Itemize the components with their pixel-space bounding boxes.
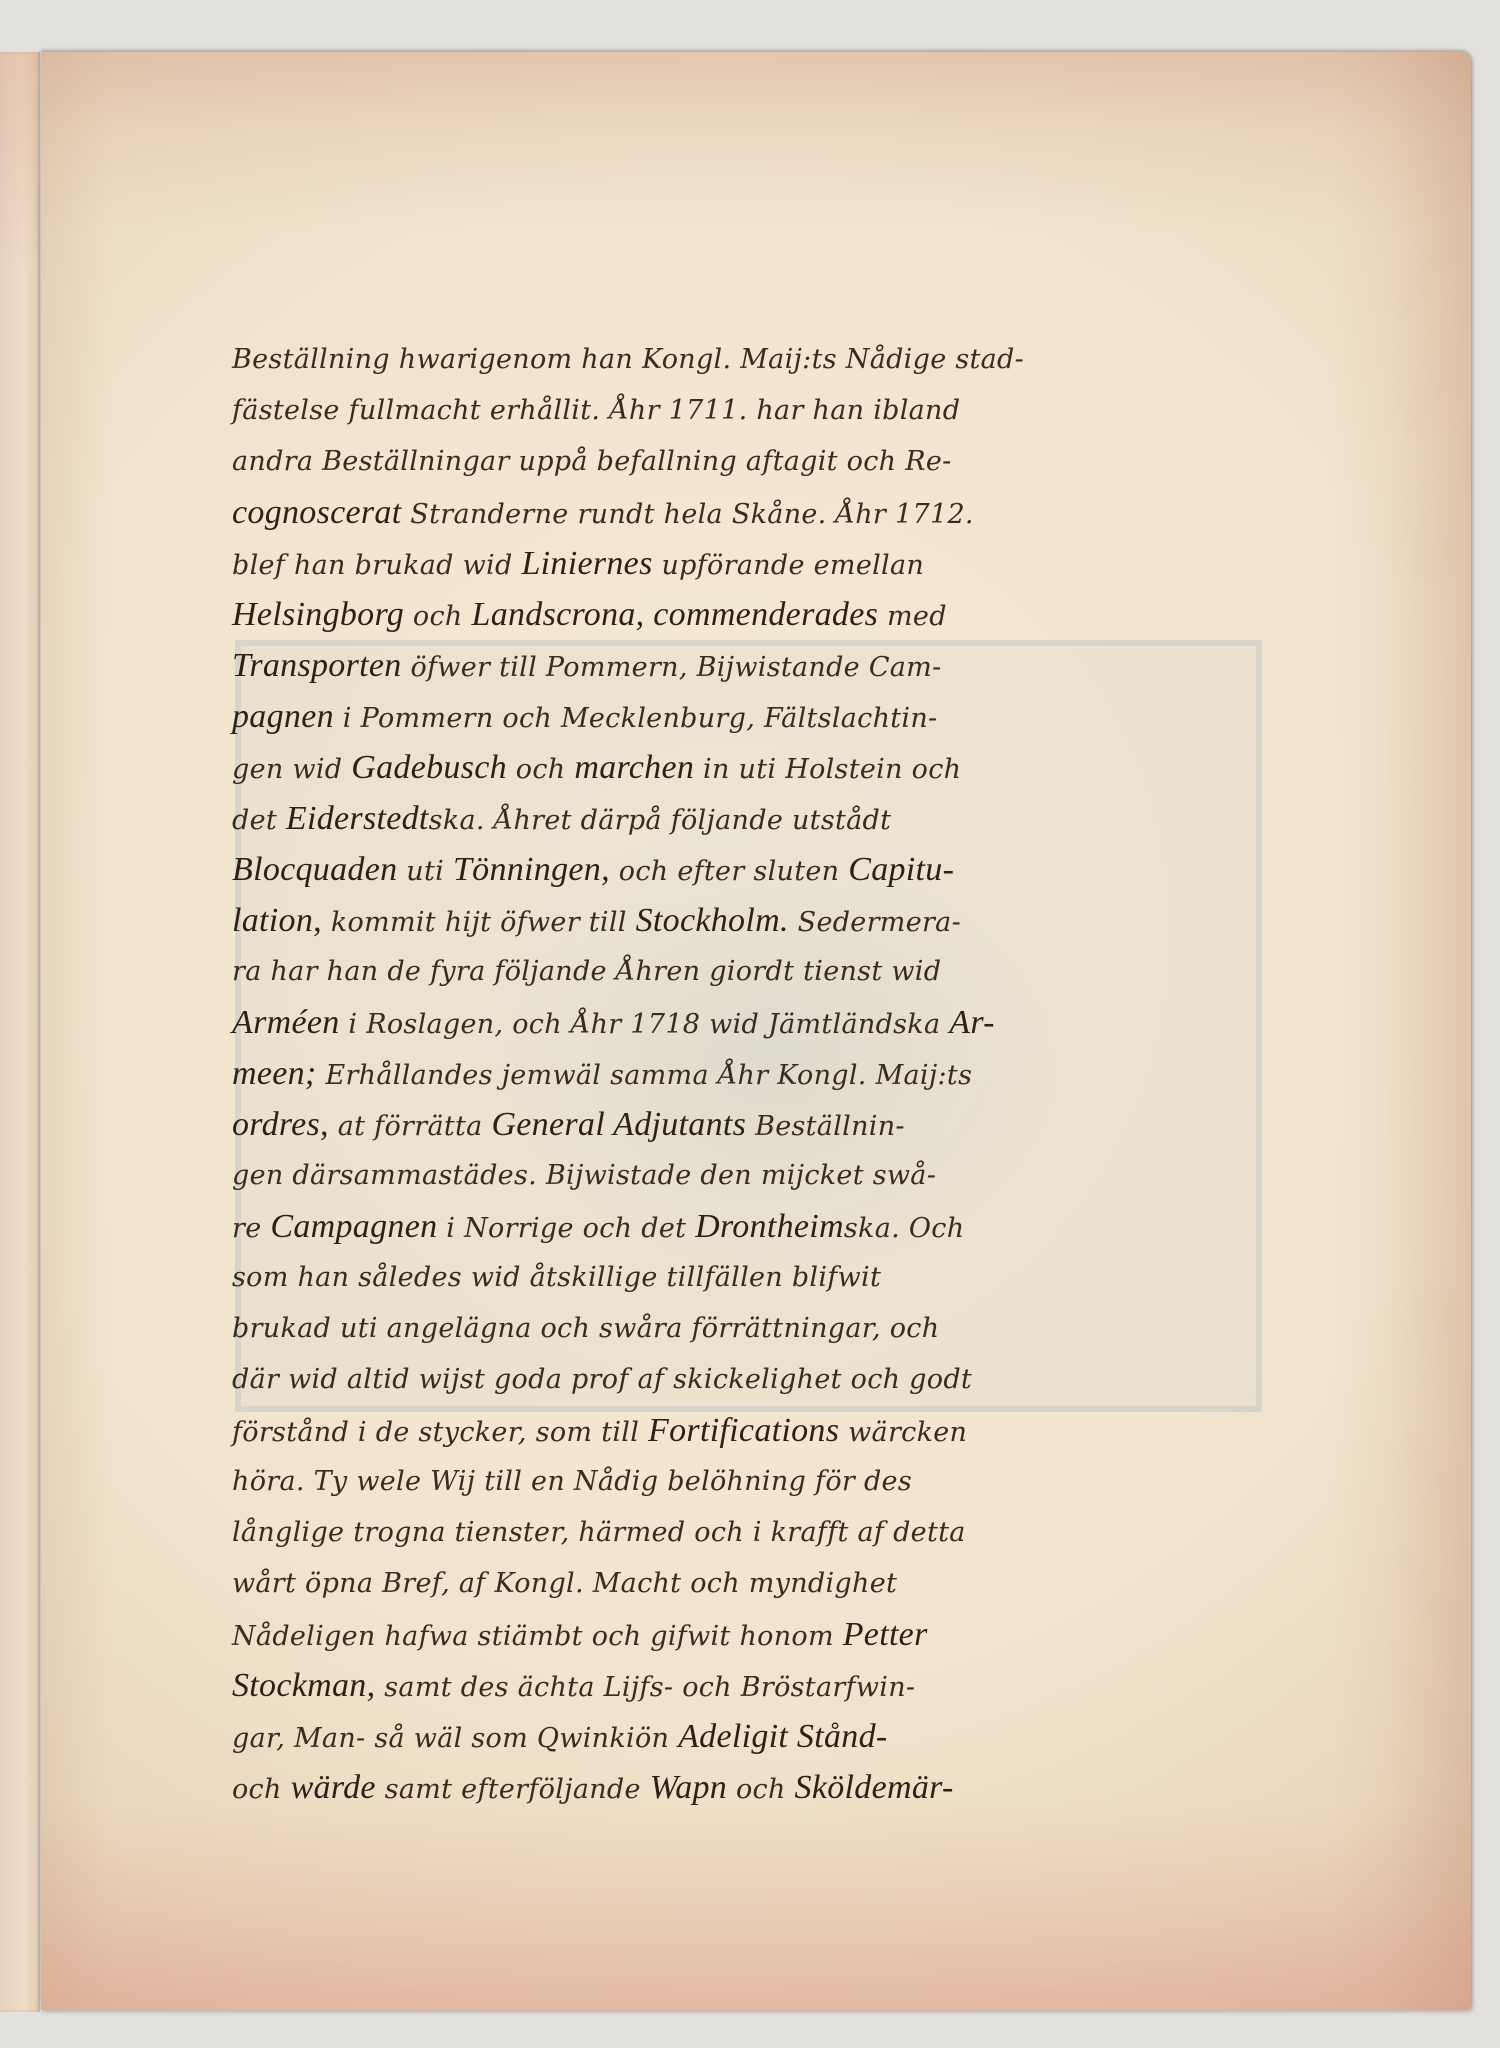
scan-background: Beställning hwarigenom han Kongl. Maij:t… xyxy=(0,0,1500,2048)
line-text: höra. Ty wele Wij till en Nådig belöhnin… xyxy=(232,1466,912,1497)
emphasized-word: General Adjutants xyxy=(491,1106,746,1143)
emphasized-word: Sköldemär- xyxy=(795,1769,954,1806)
emphasized-word: Drontheim xyxy=(695,1208,844,1245)
line-text: samt efterföljande xyxy=(376,1774,650,1805)
emphasized-word: Gadebusch xyxy=(351,749,507,786)
line-text: re xyxy=(232,1213,270,1244)
manuscript-line: brukad uti angelägna och swåra förrättni… xyxy=(232,1303,1262,1354)
manuscript-line: det Eiderstedtska. Åhret därpå följande … xyxy=(232,793,1262,844)
line-text: Sedermera- xyxy=(789,907,961,938)
line-text: fästelse fullmacht erhållit. Åhr 1711. h… xyxy=(232,395,960,426)
line-text: kommit hijt öfwer till xyxy=(322,907,636,938)
line-text: brukad uti angelägna och swåra förrättni… xyxy=(232,1313,939,1344)
line-text: i Norrige och det xyxy=(437,1213,695,1244)
emphasized-word: pagnen xyxy=(232,698,334,735)
manuscript-line: Transporten öfwer till Pommern, Bijwista… xyxy=(232,640,1262,691)
emphasized-word: Wapn xyxy=(650,1769,727,1806)
line-text: som han således wid åtskillige tillfälle… xyxy=(232,1262,881,1293)
emphasized-word: Transporten xyxy=(232,647,402,684)
line-text: det xyxy=(232,805,286,836)
manuscript-line: gar, Man- så wäl som Qwinkiön Adeligit S… xyxy=(232,1711,1262,1762)
manuscript-page: Beställning hwarigenom han Kongl. Maij:t… xyxy=(41,52,1471,2010)
manuscript-line: lation, kommit hijt öfwer till Stockholm… xyxy=(232,895,1262,946)
manuscript-line: långlige trogna tienster, härmed och i k… xyxy=(232,1507,1262,1558)
manuscript-line: gen därsammastädes. Bijwistade den mijck… xyxy=(232,1150,1262,1201)
emphasized-word: Adeligit Stånd- xyxy=(678,1718,887,1755)
manuscript-line: Beställning hwarigenom han Kongl. Maij:t… xyxy=(232,334,1262,385)
line-text: in uti Holstein och xyxy=(694,754,961,785)
manuscript-line: Stockman, samt des ächta Lijfs- och Brös… xyxy=(232,1660,1262,1711)
emphasized-word: Blocquaden xyxy=(232,851,397,888)
emphasized-word: Tönningen, xyxy=(453,851,610,888)
handwritten-text-block: Beställning hwarigenom han Kongl. Maij:t… xyxy=(232,334,1262,1813)
emphasized-word: Campagnen xyxy=(270,1208,437,1245)
line-text: Nådeligen hafwa stiämbt och gifwit honom xyxy=(232,1621,843,1652)
emphasized-word: Liniernes xyxy=(521,545,652,582)
emphasized-word: lation, xyxy=(232,902,322,939)
line-text: förstånd i de stycker, som till xyxy=(232,1417,648,1448)
line-text: Beställnin- xyxy=(746,1111,905,1142)
line-text: i Roslagen, och Åhr 1718 wid Jämtländska xyxy=(340,1009,950,1040)
line-text: uti xyxy=(397,856,453,887)
line-text: Beställning hwarigenom han Kongl. Maij:t… xyxy=(232,344,1024,375)
top-foxing-stain xyxy=(41,52,1471,232)
emphasized-word: Stockman, xyxy=(232,1667,375,1704)
manuscript-line: Arméen i Roslagen, och Åhr 1718 wid Jämt… xyxy=(232,997,1262,1048)
line-text: gar, Man- så wäl som Qwinkiön xyxy=(232,1723,678,1754)
line-text: öfwer till Pommern, Bijwistande Cam- xyxy=(402,652,942,683)
line-text: och efter sluten xyxy=(610,856,848,887)
manuscript-line: fästelse fullmacht erhållit. Åhr 1711. h… xyxy=(232,385,1262,436)
line-text: Erhållandes jemwäl samma Åhr Kongl. Maij… xyxy=(317,1060,973,1091)
line-text: ra har han de fyra följande Åhren giordt… xyxy=(232,956,941,987)
manuscript-line: ra har han de fyra följande Åhren giordt… xyxy=(232,946,1262,997)
line-text: samt des ächta Lijfs- och Bröstarfwin- xyxy=(375,1672,915,1703)
line-text: där wid altid wijst goda prof af skickel… xyxy=(232,1364,972,1395)
emphasized-word: ordres, xyxy=(232,1106,329,1143)
emphasized-word: cognoscerat xyxy=(232,494,410,531)
line-text: gen därsammastädes. Bijwistade den mijck… xyxy=(232,1160,936,1191)
emphasized-word: Arméen xyxy=(232,1004,340,1041)
bottom-foxing-stain xyxy=(41,1800,1471,2010)
line-text: och xyxy=(232,1774,291,1805)
facing-page-edge xyxy=(0,52,40,2012)
line-text: och xyxy=(404,601,471,632)
emphasized-word: Fortifications xyxy=(648,1412,839,1449)
emphasized-word: wärde xyxy=(291,1769,376,1806)
emphasized-word: meen; xyxy=(232,1055,317,1092)
line-text: med xyxy=(878,601,947,632)
line-text: at förrätta xyxy=(329,1111,492,1142)
emphasized-word: Petter xyxy=(843,1616,928,1653)
manuscript-line: höra. Ty wele Wij till en Nådig belöhnin… xyxy=(232,1456,1262,1507)
manuscript-line: Blocquaden uti Tönningen, och efter slut… xyxy=(232,844,1262,895)
line-text: wärcken xyxy=(839,1417,967,1448)
line-text: upförande emellan xyxy=(653,550,924,581)
emphasized-word: Ar- xyxy=(949,1004,995,1041)
emphasized-word: Eiderstedt xyxy=(286,800,429,837)
line-text: andra Beställningar uppå befallning afta… xyxy=(232,446,952,477)
emphasized-word: Helsingborg xyxy=(232,596,404,633)
manuscript-line: och wärde samt efterföljande Wapn och Sk… xyxy=(232,1762,1262,1813)
gutter-shadow xyxy=(41,52,111,2010)
manuscript-line: blef han brukad wid Liniernes upförande … xyxy=(232,538,1262,589)
emphasized-word: Landscrona, commenderades xyxy=(471,596,878,633)
line-text: blef han brukad wid xyxy=(232,550,521,581)
manuscript-line: Nådeligen hafwa stiämbt och gifwit honom… xyxy=(232,1609,1262,1660)
manuscript-line: andra Beställningar uppå befallning afta… xyxy=(232,436,1262,487)
manuscript-line: ordres, at förrätta General Adjutants Be… xyxy=(232,1099,1262,1150)
manuscript-line: gen wid Gadebusch och marchen in uti Hol… xyxy=(232,742,1262,793)
manuscript-line: förstånd i de stycker, som till Fortific… xyxy=(232,1405,1262,1456)
line-text: ska. Åhret därpå följande utstådt xyxy=(429,805,892,836)
manuscript-line: re Campagnen i Norrige och det Drontheim… xyxy=(232,1201,1262,1252)
manuscript-line: cognoscerat Stranderne rundt hela Skåne.… xyxy=(232,487,1262,538)
manuscript-line: meen; Erhållandes jemwäl samma Åhr Kongl… xyxy=(232,1048,1262,1099)
manuscript-line: pagnen i Pommern och Mecklenburg, Fältsl… xyxy=(232,691,1262,742)
line-text: Stranderne rundt hela Skåne. Åhr 1712. xyxy=(410,499,974,530)
right-edge-stain xyxy=(1331,52,1471,2010)
line-text: och xyxy=(727,1774,794,1805)
manuscript-line: där wid altid wijst goda prof af skickel… xyxy=(232,1354,1262,1405)
line-text: ska. Och xyxy=(844,1213,965,1244)
line-text: långlige trogna tienster, härmed och i k… xyxy=(232,1517,966,1548)
line-text: och xyxy=(507,754,574,785)
emphasized-word: Stockholm. xyxy=(636,902,789,939)
emphasized-word: Capitu- xyxy=(848,851,954,888)
manuscript-line: wårt öpna Bref, af Kongl. Macht och mynd… xyxy=(232,1558,1262,1609)
manuscript-line: Helsingborg och Landscrona, commenderade… xyxy=(232,589,1262,640)
line-text: i Pommern och Mecklenburg, Fältslachtin- xyxy=(334,703,938,734)
line-text: gen wid xyxy=(232,754,351,785)
line-text: wårt öpna Bref, af Kongl. Macht och mynd… xyxy=(232,1568,897,1599)
manuscript-line: som han således wid åtskillige tillfälle… xyxy=(232,1252,1262,1303)
emphasized-word: marchen xyxy=(574,749,694,786)
